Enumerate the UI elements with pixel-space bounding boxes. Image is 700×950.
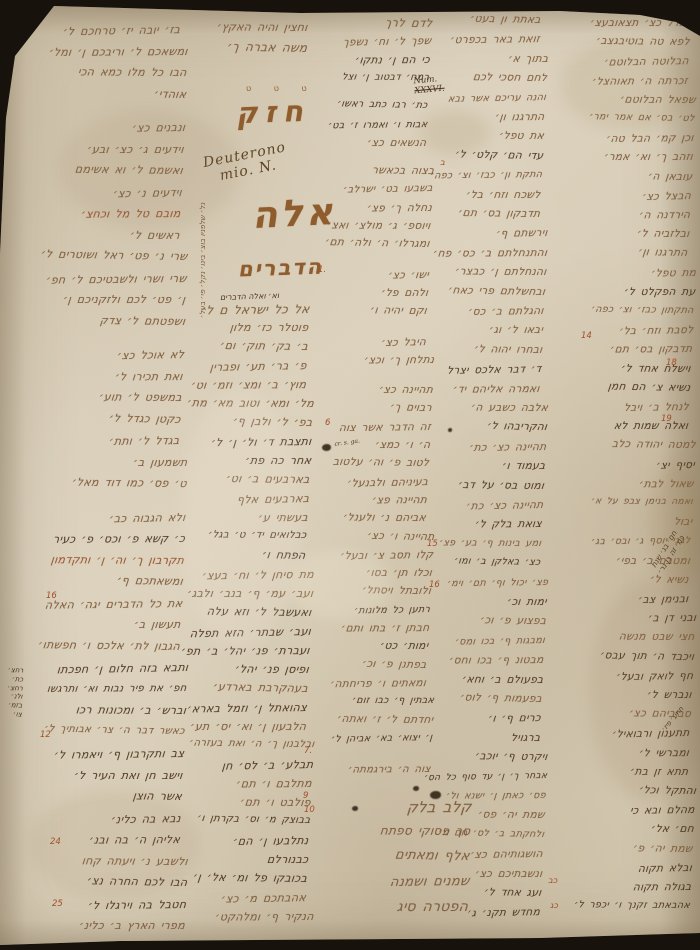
manuscript-page: 24 ט ט ט חזק Deuterono mio. N. Num. XXXV… — [0, 0, 700, 950]
ink-blot — [413, 786, 419, 791]
ink-blot — [322, 444, 331, 451]
ink-blot — [352, 806, 358, 811]
scan-background: 24 ט ט ט חזק Deuterono mio. N. Num. XXXV… — [0, 0, 700, 950]
ink-blot — [448, 428, 452, 432]
ink-blot — [430, 791, 441, 799]
ink-blots-layer — [0, 0, 700, 950]
